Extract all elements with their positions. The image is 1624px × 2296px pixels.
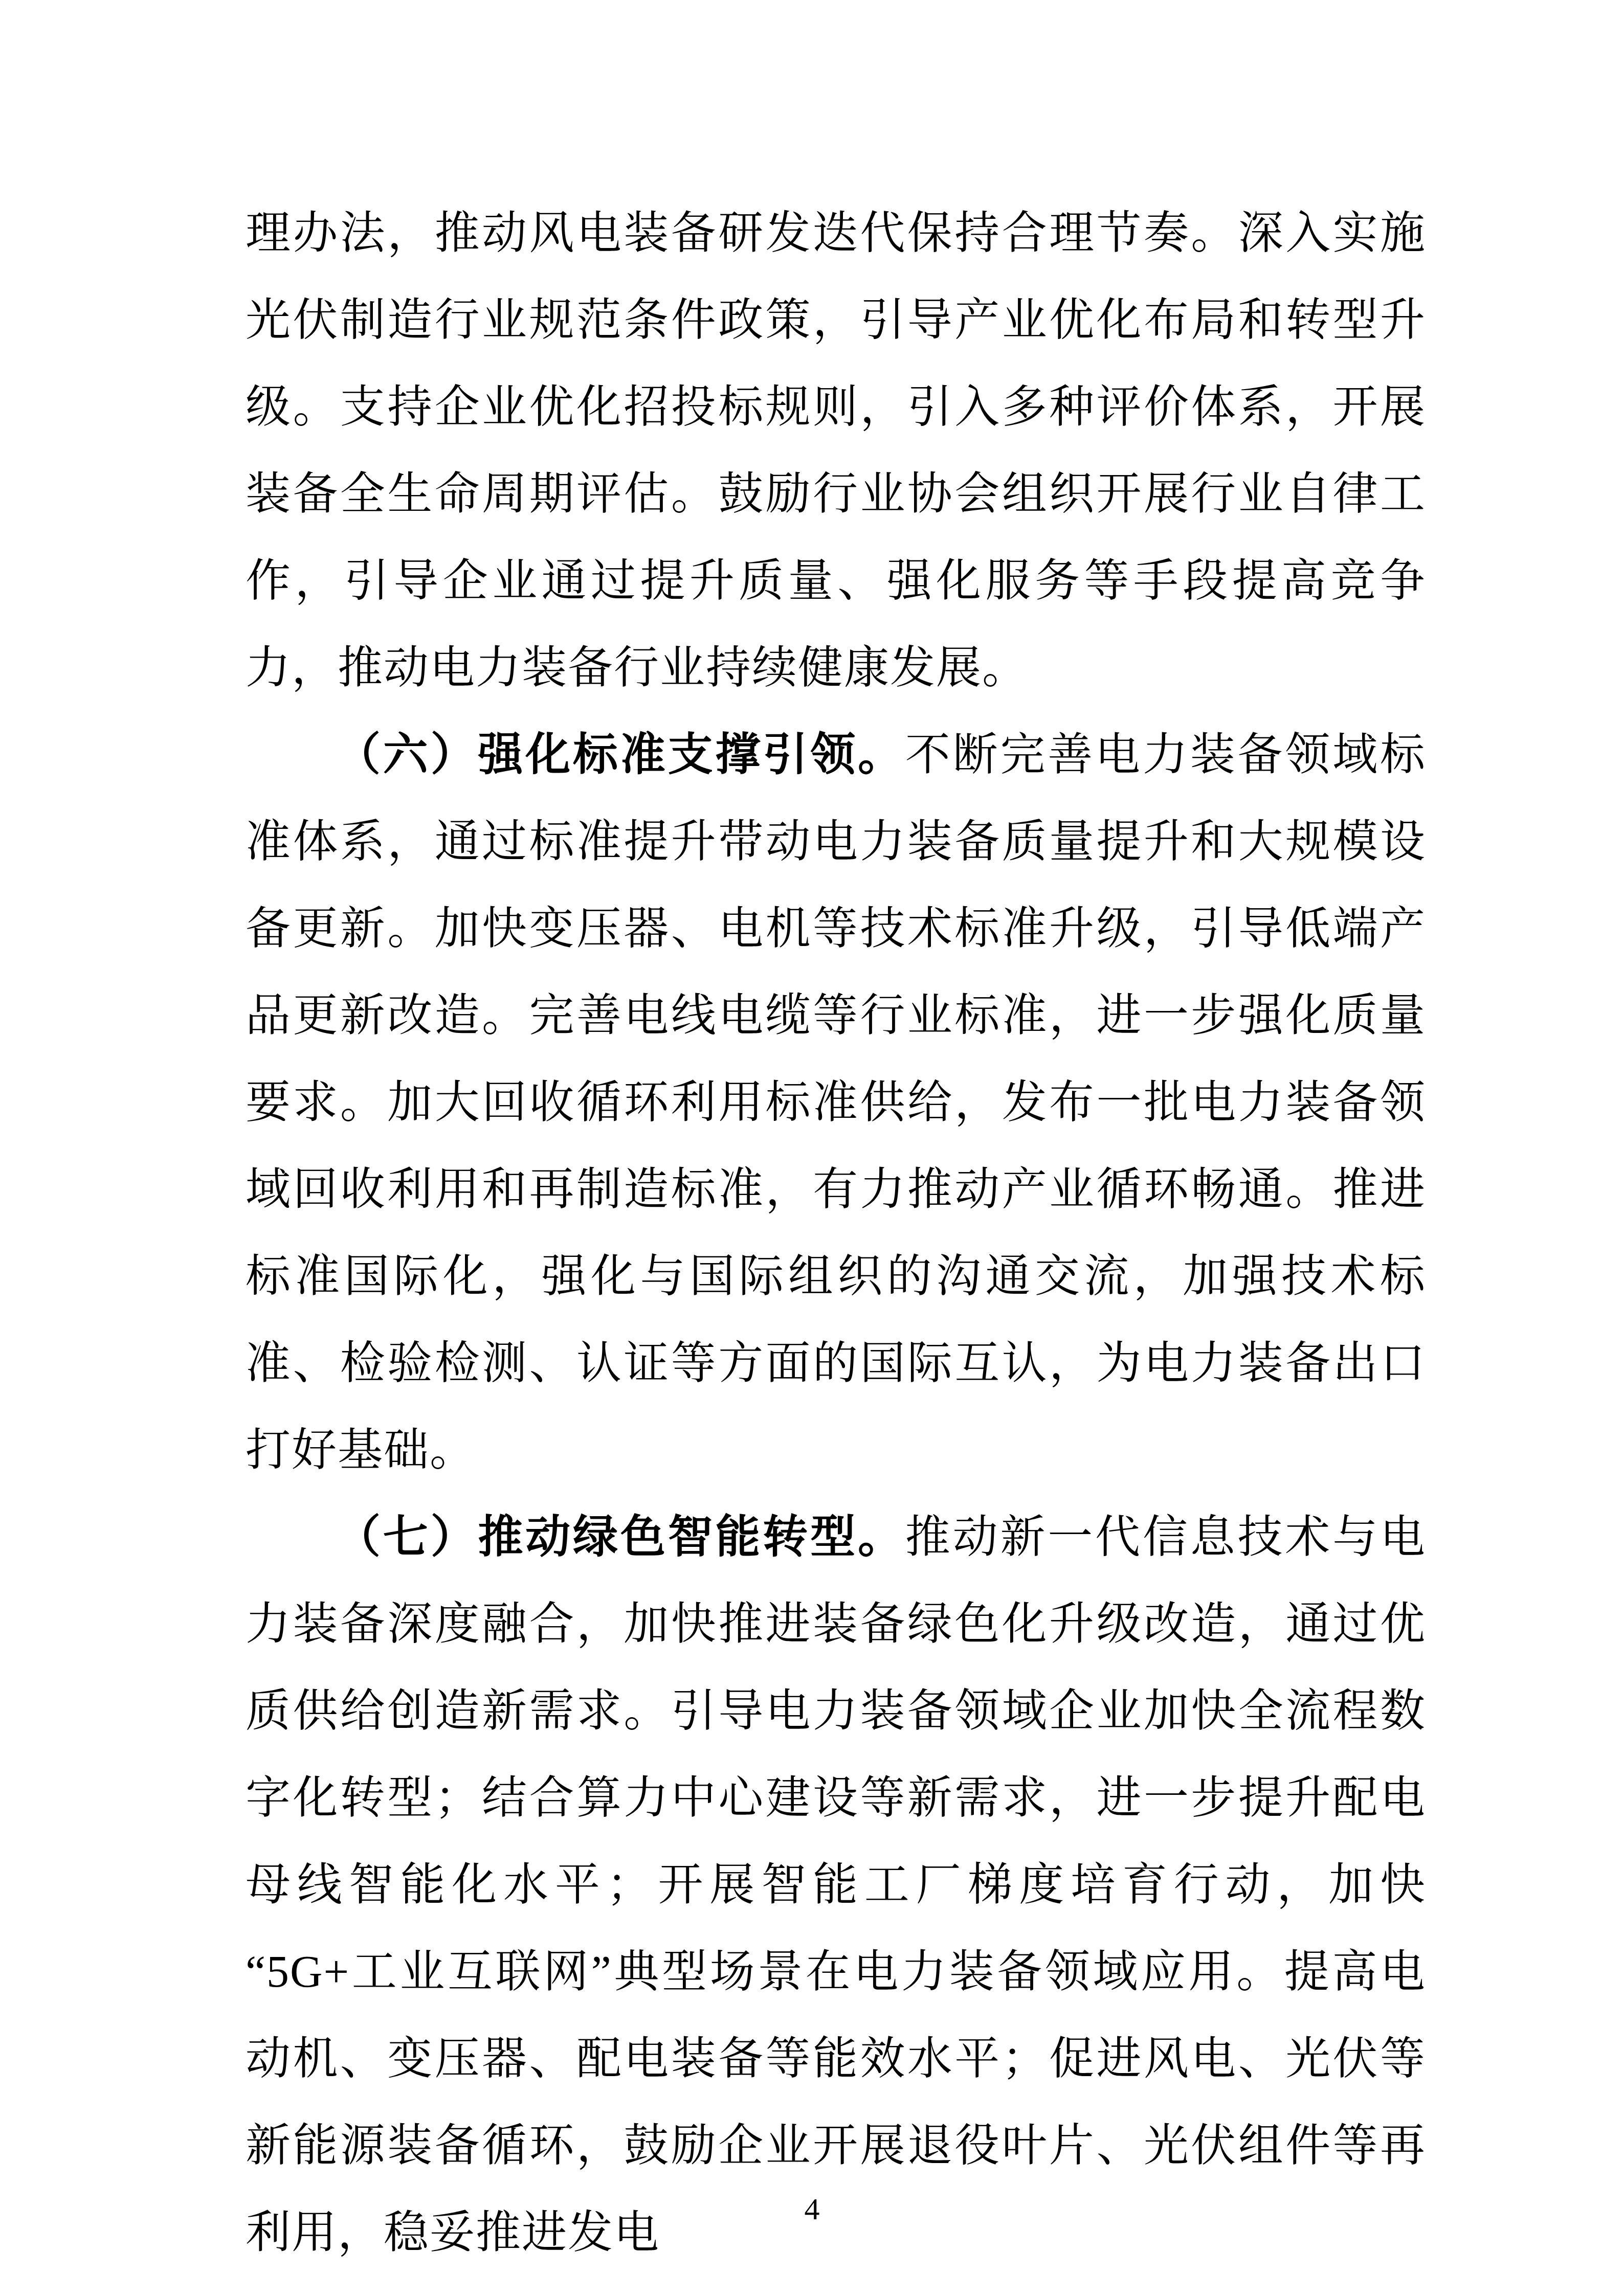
section-7-heading: （七）推动绿色智能转型。 (336, 1513, 905, 1562)
paragraph-text: 理办法，推动风电装备研发迭代保持合理节奏。深入实施光伏制造行业规范条件政策，引导… (246, 209, 1426, 693)
page-number: 4 (805, 2192, 820, 2226)
paragraph-text: 不断完善电力装备领域标准体系，通过标准提升带动电力装备质量提升和大规模设备更新。… (246, 730, 1426, 1475)
document-body: 理办法，推动风电装备研发迭代保持合理节奏。深入实施光伏制造行业规范条件政策，引导… (246, 190, 1426, 2277)
paragraph-text: 推动新一代信息技术与电力装备深度融合，加快推进装备绿色化升级改造，通过优质供给创… (246, 1513, 1426, 2258)
page-footer: 4 (0, 2194, 1624, 2224)
paragraph-section-6: （六）强化标准支撑引领。不断完善电力装备领域标准体系，通过标准提升带动电力装备质… (246, 712, 1426, 1494)
document-page: 理办法，推动风电装备研发迭代保持合理节奏。深入实施光伏制造行业规范条件政策，引导… (0, 0, 1624, 2296)
paragraph-continued: 理办法，推动风电装备研发迭代保持合理节奏。深入实施光伏制造行业规范条件政策，引导… (246, 190, 1426, 712)
section-6-heading: （六）强化标准支撑引领。 (336, 730, 905, 780)
paragraph-section-7: （七）推动绿色智能转型。推动新一代信息技术与电力装备深度融合，加快推进装备绿色化… (246, 1494, 1426, 2277)
